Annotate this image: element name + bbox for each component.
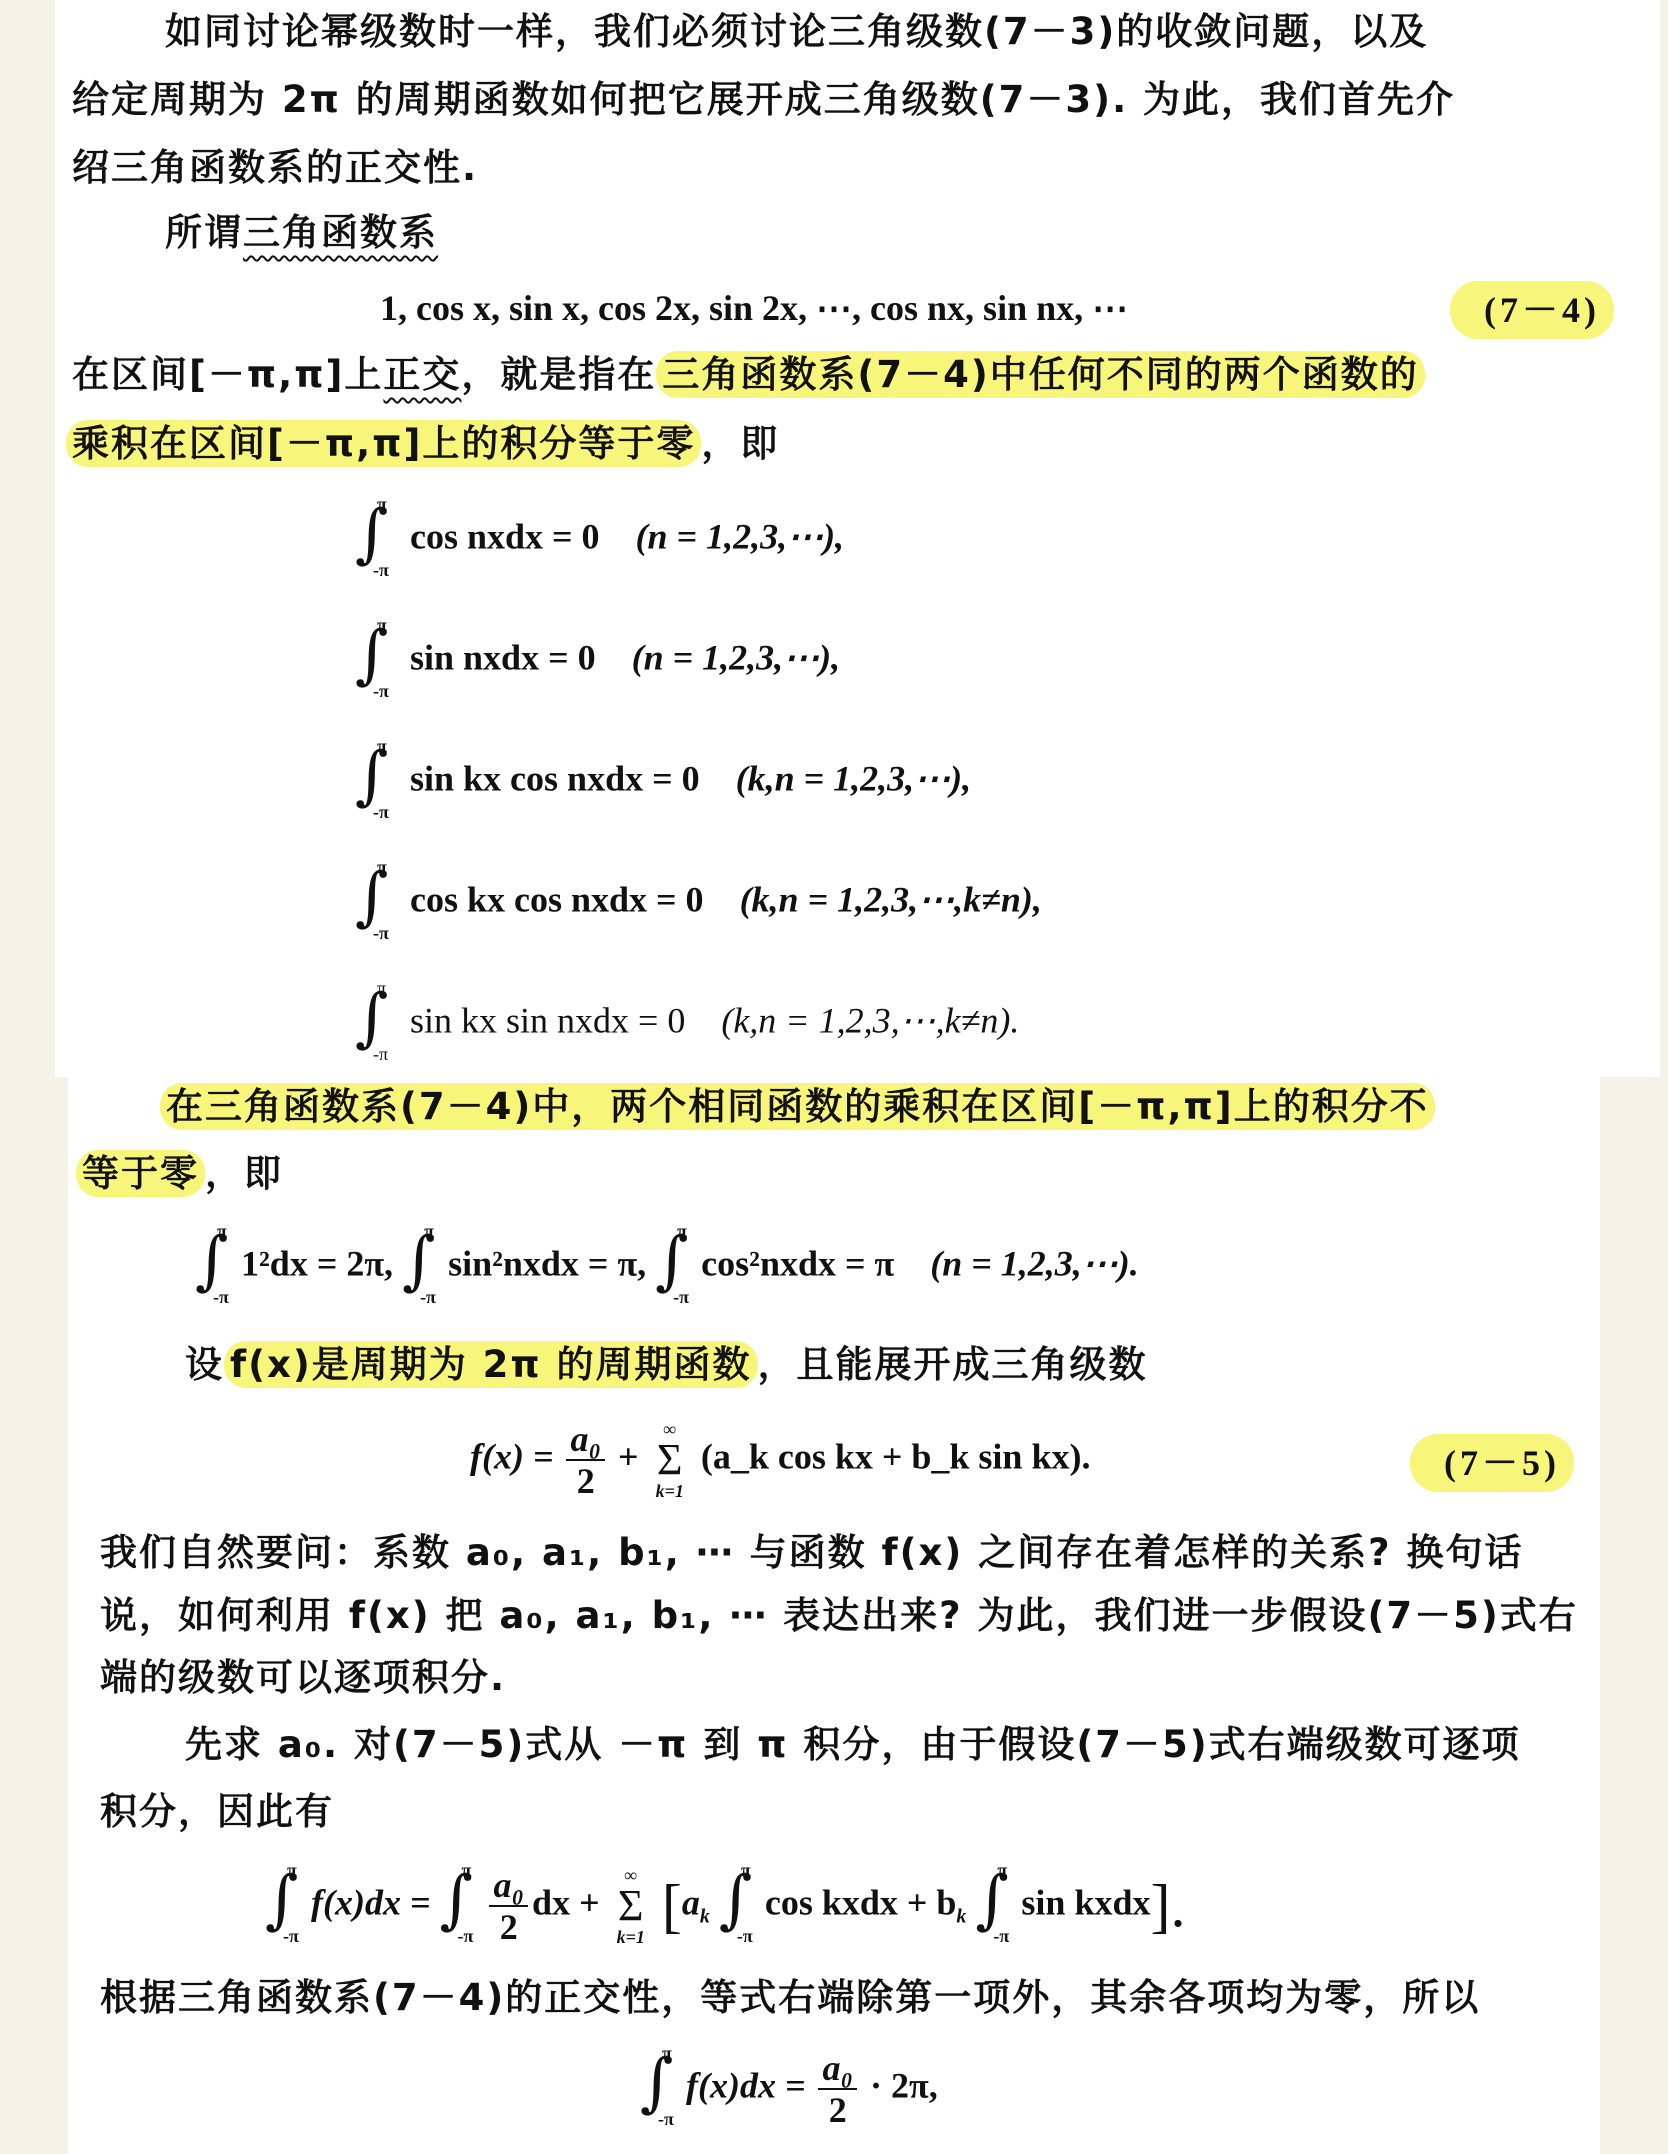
paragraph-2: 所谓三角函数系 bbox=[165, 206, 438, 260]
text-expandable: ，且能展开成三角级数 bbox=[758, 1343, 1148, 1386]
condition-n: (n = 1,2,3,⋯). bbox=[930, 1243, 1139, 1283]
integral-sign-icon: ∫π-π bbox=[975, 1871, 1015, 1941]
integral-sin-kx-cos-nx: ∫π-π sin kx cos nxdx = 0 (k,n = 1,2,3,⋯)… bbox=[355, 747, 971, 817]
integrals-of-squares: ∫π-π1²dx = 2π, ∫π-πsin²nxdx = π, ∫π-πcos… bbox=[195, 1232, 1139, 1302]
text-namely: ，即 bbox=[205, 1152, 283, 1195]
integral-sign-icon: ∫π-π bbox=[719, 1871, 759, 1941]
text-let: 设 bbox=[185, 1343, 224, 1386]
integral-sign-icon: ∫π-π bbox=[655, 1232, 695, 1302]
paragraph-1-line-3: 绍三角函数系的正交性. bbox=[72, 141, 478, 195]
highlight-definition-2: 乘积在区间[－π,π]上的积分等于零 bbox=[66, 420, 701, 467]
integral-sign-icon: ∫π-π bbox=[355, 626, 395, 696]
integral-sign-icon: ∫π-π bbox=[355, 989, 395, 1059]
equation-number-7-5: (7－5) bbox=[1410, 1434, 1574, 1492]
text-interval: 在区间[－π,π]上 bbox=[72, 353, 383, 396]
highlight-not-zero: 等于零 bbox=[76, 1150, 205, 1197]
integral-cos-squared: cos²nxdx = π bbox=[701, 1243, 894, 1283]
paragraph-4-line-2: 等于零，即 bbox=[76, 1147, 283, 1201]
integral-sign-icon: ∫π-π bbox=[439, 1871, 479, 1941]
highlight-periodic-function: f(x)是周期为 2π 的周期函数 bbox=[224, 1341, 758, 1388]
fraction-a0-over-2: a₀2 bbox=[566, 1421, 605, 1499]
term-trig-system: 三角函数系 bbox=[243, 211, 438, 254]
text-meaning: ，就是指在 bbox=[461, 353, 656, 396]
integral-sign-icon: ∫π-π bbox=[355, 747, 395, 817]
integral-sign-icon: ∫π-π bbox=[355, 505, 395, 575]
integral-sign-icon: ∫π-π bbox=[402, 1232, 442, 1302]
integral-sign-icon: ∫π-π bbox=[265, 1871, 305, 1941]
paragraph-6-line-1: 我们自然要问：系数 a₀, a₁, b₁, ⋯ 与函数 f(x) 之间存在着怎样… bbox=[100, 1526, 1524, 1580]
integral-sin-squared: sin²nxdx = π, bbox=[448, 1243, 646, 1283]
paragraph-3-line-2: 乘积在区间[－π,π]上的积分等于零，即 bbox=[66, 417, 779, 471]
paragraph-3-line-1: 在区间[－π,π]上正交，就是指在三角函数系(7－4)中任何不同的两个函数的 bbox=[72, 348, 1425, 402]
integral-sign-icon: ∫π-π bbox=[640, 2054, 680, 2124]
paragraph-6-line-2: 说，如何利用 f(x) 把 a₀, a₁, b₁, ⋯ 表达出来? 为此，我们进… bbox=[100, 1589, 1578, 1643]
integral-one-squared: 1²dx = 2π, bbox=[241, 1243, 393, 1283]
paragraph-5: 设f(x)是周期为 2π 的周期函数，且能展开成三角级数 bbox=[185, 1338, 1148, 1392]
paragraph-8: 根据三角函数系(7－4)的正交性，等式右端除第一项外，其余各项均为零，所以 bbox=[100, 1971, 1480, 2025]
trig-series-expression: 1, cos x, sin x, cos 2x, sin 2x, ⋯, cos … bbox=[380, 281, 1128, 335]
integral-cos-nx: ∫π-π cos nxdx = 0 (n = 1,2,3,⋯), bbox=[355, 505, 844, 575]
summation-icon: ∞Σk=1 bbox=[656, 1420, 684, 1500]
integral-sign-icon: ∫π-π bbox=[355, 868, 395, 938]
text-namely: ，即 bbox=[701, 422, 779, 465]
integral-cos-kx-cos-nx: ∫π-π cos kx cos nxdx = 0 (k,n = 1,2,3,⋯,… bbox=[355, 868, 1042, 938]
paragraph-7-line-1: 先求 a₀. 对(7－5)式从 －π 到 π 积分，由于假设(7－5)式右端级数… bbox=[185, 1718, 1521, 1772]
paragraph-1-line-1: 如同讨论幂级数时一样，我们必须讨论三角级数(7－3)的收敛问题，以及 bbox=[165, 5, 1428, 59]
equation-number-7-4: (7－4) bbox=[1450, 281, 1614, 339]
paragraph-2-prefix: 所谓 bbox=[165, 211, 243, 254]
fourier-expansion-equation: f(x) = a₀2 + ∞Σk=1 (a_k cos kx + b_k sin… bbox=[470, 1420, 1090, 1500]
highlight-definition-1: 三角函数系(7－4)中任何不同的两个函数的 bbox=[656, 351, 1424, 398]
integral-sin-kx-sin-nx: ∫π-π sin kx sin nxdx = 0 (k,n = 1,2,3,⋯,… bbox=[355, 989, 1019, 1059]
integral-sign-icon: ∫π-π bbox=[195, 1232, 235, 1302]
integral-sin-nx: ∫π-π sin nxdx = 0 (n = 1,2,3,⋯), bbox=[355, 626, 840, 696]
paragraph-7-line-2: 积分，因此有 bbox=[100, 1785, 334, 1839]
summation-icon: ∞Σk=1 bbox=[617, 1866, 645, 1946]
highlight-same-function: 在三角函数系(7－4)中，两个相同函数的乘积在区间[－π,π]上的积分不 bbox=[160, 1083, 1435, 1130]
paragraph-1-line-2: 给定周期为 2π 的周期函数如何把它展开成三角级数(7－3). 为此，我们首先介 bbox=[72, 73, 1455, 127]
termwise-integration-equation: ∫π-πf(x)dx = ∫π-πa₀2dx + ∞Σk=1 [ak ∫π-πc… bbox=[265, 1866, 1185, 1946]
final-integral-equation: ∫π-πf(x)dx = a₀2 · 2π, bbox=[640, 2050, 938, 2128]
term-orthogonal: 正交 bbox=[383, 353, 461, 396]
paragraph-6-line-3: 端的级数可以逐项积分. bbox=[100, 1651, 506, 1705]
paragraph-4-line-1: 在三角函数系(7－4)中，两个相同函数的乘积在区间[－π,π]上的积分不 bbox=[160, 1080, 1435, 1134]
fraction-a0-over-2: a₀2 bbox=[818, 2050, 857, 2128]
